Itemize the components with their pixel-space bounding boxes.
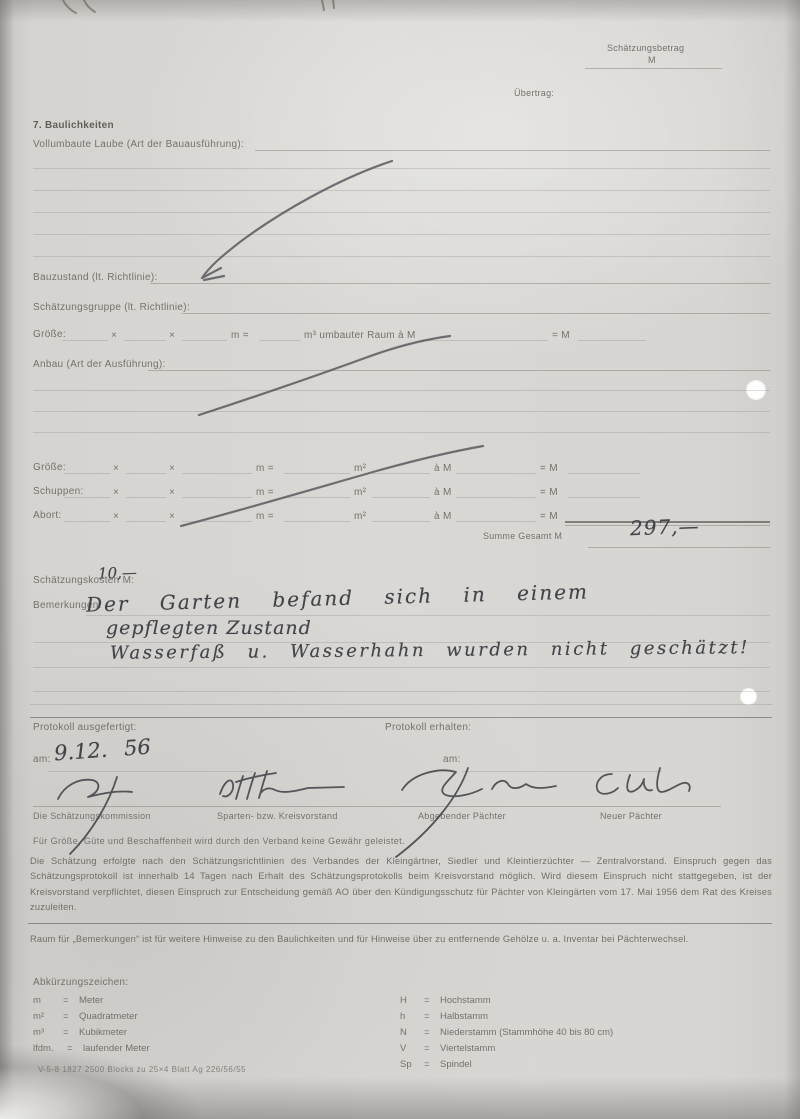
equals-mark: = M	[552, 330, 570, 341]
sqm-unit: m²	[354, 511, 366, 522]
equals-mark: = M	[540, 511, 558, 522]
abbr-key: m²	[33, 1011, 63, 1022]
sum-total-value-handwritten: 297,—	[630, 514, 700, 540]
blank-field	[182, 340, 227, 341]
blank-field	[64, 521, 110, 522]
blank-field	[372, 521, 430, 522]
abbr-key: m	[33, 995, 63, 1006]
per-mark: à M	[434, 487, 452, 498]
abbr-meaning: Meter	[79, 995, 103, 1006]
blank-line	[33, 432, 770, 433]
date-label-right: am:	[443, 754, 461, 765]
section-title: 7. Baulichkeiten	[33, 120, 114, 131]
abbr-key: N	[400, 1027, 424, 1038]
equals-mark: = M	[540, 463, 558, 474]
blank-field	[372, 497, 430, 498]
abbr-key: m³	[33, 1027, 63, 1038]
blank-line	[33, 390, 770, 391]
blank-field	[568, 473, 640, 474]
meter-equals: m =	[256, 511, 274, 522]
abbr-equals: =	[424, 1059, 440, 1070]
blank-field	[182, 473, 252, 474]
remarks-line	[33, 667, 770, 668]
per-mark: à M	[434, 463, 452, 474]
measure-label: Schuppen:	[33, 486, 84, 497]
scan-artifact-top	[63, 0, 334, 13]
date-underline-right	[462, 771, 662, 772]
signature-label-commission: Die Schätzungskommission	[33, 811, 151, 821]
times-sign: ×	[169, 463, 175, 474]
blank-field	[284, 497, 350, 498]
estimate-amount-unit: M	[648, 55, 656, 65]
abbr-equals: =	[63, 1027, 79, 1038]
blank-line	[33, 411, 770, 412]
blank-line	[33, 168, 770, 169]
times-sign: ×	[169, 487, 175, 498]
protocol-issued-label: Protokoll ausgefertigt:	[33, 722, 137, 733]
guarantee-note: Für Größe, Güte und Beschaffenheit wird …	[33, 836, 405, 846]
signature-label-new-tenant: Neuer Pächter	[600, 811, 662, 821]
amount-underline	[585, 68, 722, 69]
pen-stroke-laube-block	[202, 161, 392, 280]
equals-mark: = M	[540, 487, 558, 498]
blank-field	[456, 521, 536, 522]
sqm-unit: m²	[354, 463, 366, 474]
abbr-equals: =	[67, 1043, 83, 1054]
remarks-line-2-handwritten: gepflegten Zustand	[106, 617, 312, 639]
section-divider-faint	[30, 704, 772, 705]
abbr-equals: =	[424, 1043, 440, 1054]
meter-equals: m =	[256, 487, 274, 498]
abbr-equals: =	[424, 1011, 440, 1022]
blank-field	[456, 473, 536, 474]
legal-divider	[28, 923, 772, 924]
blank-line	[33, 190, 770, 191]
abbr-equals: =	[424, 1027, 440, 1038]
carryover-label: Übertrag:	[514, 88, 554, 98]
abbr-meaning: Viertelstamm	[440, 1043, 495, 1054]
abbr-key: h	[400, 1011, 424, 1022]
bauzustand-label: Bauzustand (lt. Richtlinie):	[33, 272, 158, 283]
estimate-amount-label: Schätzungsbetrag	[607, 43, 684, 53]
protocol-received-label: Protokoll erhalten:	[385, 722, 471, 733]
abbr-meaning: Hochstamm	[440, 995, 491, 1006]
times-sign: ×	[113, 487, 119, 498]
remarks-line-1-handwritten: Der Garten befand sich in einem	[86, 579, 589, 616]
abbr-key: V	[400, 1043, 424, 1054]
cubic-room-label: m³ umbauter Raum à M	[304, 330, 416, 341]
valuation-costs-value-handwritten: 10,—	[98, 563, 137, 582]
sum-total-label: Summe Gesamt M	[483, 531, 562, 541]
meter-equals: m =	[256, 463, 274, 474]
blank-field	[64, 473, 110, 474]
times-sign: ×	[111, 330, 117, 341]
blank-field	[284, 521, 350, 522]
measure-label: Größe:	[33, 329, 66, 340]
abbr-key: H	[400, 995, 424, 1006]
abbr-meaning: Quadratmeter	[79, 1011, 138, 1022]
blank-line	[33, 256, 770, 257]
sum-underline	[588, 547, 770, 548]
blank-field	[284, 473, 350, 474]
abbr-meaning: Kubikmeter	[79, 1027, 127, 1038]
blank-field	[259, 340, 301, 341]
remarks-usage-note: Raum für „Bemerkungen“ ist für weitere H…	[30, 932, 772, 947]
signature-board	[220, 771, 344, 799]
paper-shading-top	[0, 0, 800, 22]
signature-line	[33, 806, 721, 807]
blank-field	[64, 497, 110, 498]
schaetzungsgruppe-label: Schätzungsgruppe (lt. Richtlinie):	[33, 302, 190, 313]
objection-paragraph: Die Schätzung erfolgte nach den Schätzun…	[30, 854, 772, 915]
laube-label: Vollumbaute Laube (Art der Bauausführung…	[33, 139, 244, 150]
date-underline-left	[48, 771, 253, 772]
abbr-equals: =	[63, 1011, 79, 1022]
times-sign: ×	[169, 330, 175, 341]
blank-field	[182, 521, 252, 522]
abbreviations-title: Abkürzungszeichen:	[33, 977, 128, 988]
blank-field	[126, 473, 166, 474]
blank-field	[126, 497, 166, 498]
pen-stroke-anbau-block	[199, 336, 450, 415]
laube-field-line	[255, 150, 770, 151]
date-label-left: am:	[33, 754, 51, 765]
times-sign: ×	[113, 463, 119, 474]
anbau-field-line	[148, 370, 770, 371]
blank-field	[420, 340, 548, 341]
abbr-meaning: laufender Meter	[83, 1043, 150, 1054]
abbr-meaning: Spindel	[440, 1059, 472, 1070]
abbr-meaning: Halbstamm	[440, 1011, 488, 1022]
remarks-line	[86, 615, 770, 616]
blank-field	[456, 497, 536, 498]
blank-field	[372, 473, 430, 474]
blank-line	[33, 234, 770, 235]
measure-label: Abort:	[33, 510, 61, 521]
scanned-form-page: Schätzungsbetrag M Übertrag: 7. Baulichk…	[0, 0, 800, 1119]
abbr-equals: =	[424, 995, 440, 1006]
blank-field	[126, 521, 166, 522]
blank-field	[568, 497, 640, 498]
blank-line	[33, 212, 770, 213]
anbau-label: Anbau (Art der Ausführung):	[33, 359, 166, 370]
times-sign: ×	[169, 511, 175, 522]
remarks-line	[33, 642, 770, 643]
abbr-meaning: Niederstamm (Stammhöhe 40 bis 80 cm)	[440, 1027, 613, 1038]
blank-field	[62, 340, 108, 341]
signature-label-outgoing-tenant: Abgebender Pächter	[418, 811, 506, 821]
signature-label-board: Sparten- bzw. Kreisvorstand	[217, 811, 338, 821]
blank-field	[182, 497, 252, 498]
protocol-date-handwritten: 9.12. 56	[53, 735, 151, 766]
meter-equals: m =	[231, 330, 249, 341]
paper-shading-bottom	[0, 1077, 800, 1119]
bauzustand-field-line	[150, 283, 770, 284]
blank-field	[124, 340, 166, 341]
per-mark: à M	[434, 511, 452, 522]
abbr-equals: =	[63, 995, 79, 1006]
paper-shading-left	[0, 0, 14, 1119]
paper-shading-right	[784, 0, 800, 1119]
print-code: V-5-8 1827 2500 Blocks zu 25×4 Blatt Ag …	[38, 1065, 246, 1074]
abbr-key: lfdm.	[33, 1043, 67, 1054]
blank-field	[578, 340, 646, 341]
sqm-unit: m²	[354, 487, 366, 498]
section-divider	[30, 717, 772, 718]
times-sign: ×	[113, 511, 119, 522]
gruppe-field-line	[182, 313, 770, 314]
remarks-line	[33, 691, 770, 692]
measure-label: Größe:	[33, 462, 66, 473]
abbr-key: Sp	[400, 1059, 424, 1070]
